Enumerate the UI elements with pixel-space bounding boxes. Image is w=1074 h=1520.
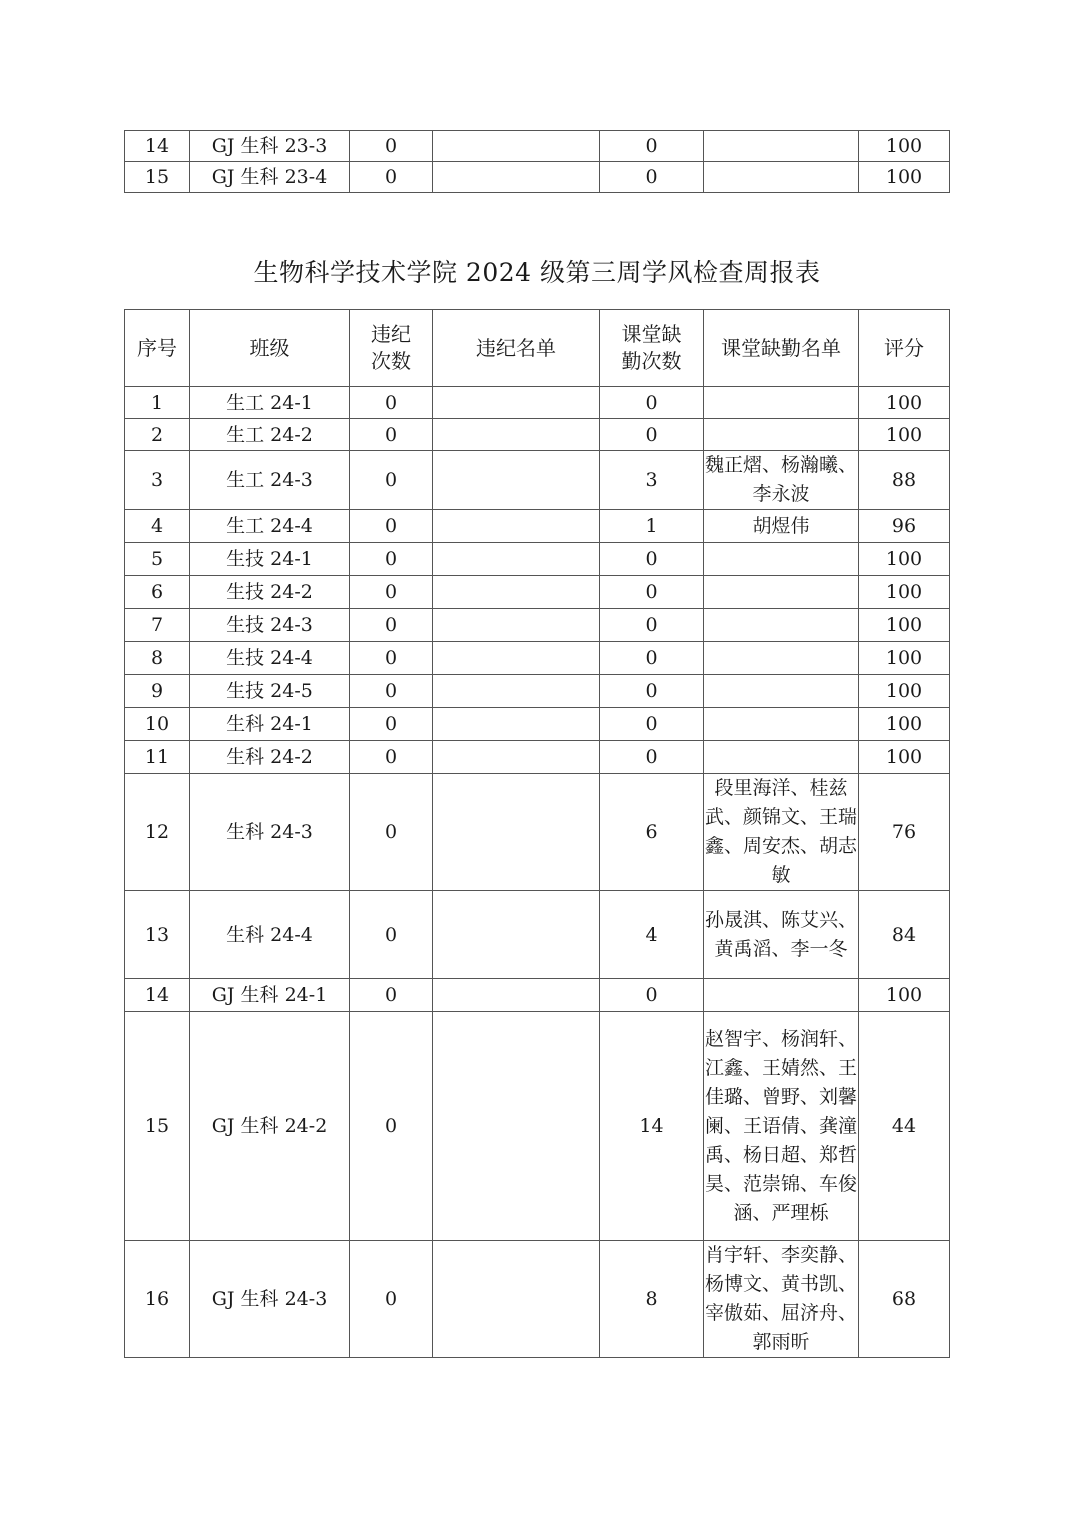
cell-violation-names [433,1241,600,1358]
cell-absences: 3 [600,451,704,510]
cell-violations: 0 [350,675,433,708]
cell-index: 6 [125,576,190,609]
header-violations-label: 违纪次数 [371,322,411,373]
cell-class: 生工 24-4 [190,510,350,543]
cell-index: 14 [125,131,190,162]
cell-class: 生技 24-5 [190,675,350,708]
cell-absence-names [704,419,859,451]
table-row: 14 GJ 生科 23-3 0 0 100 [125,131,950,162]
cell-violations: 0 [350,162,433,193]
table-row: 15 GJ 生科 23-4 0 0 100 [125,162,950,193]
cell-violations: 0 [350,708,433,741]
table-row: 1生工 24-100100 [125,387,950,419]
cell-index: 5 [125,543,190,576]
cell-absences: 0 [600,419,704,451]
cell-violations: 0 [350,387,433,419]
cell-index: 11 [125,741,190,774]
cell-absences: 0 [600,708,704,741]
cell-score: 100 [859,675,950,708]
cell-violations: 0 [350,1012,433,1241]
table-row: 9生技 24-500100 [125,675,950,708]
header-absences-label: 课堂缺勤次数 [622,322,682,373]
cell-violation-names [433,419,600,451]
table-row: 4生工 24-401胡煜伟96 [125,510,950,543]
cell-violation-names [433,774,600,891]
cell-class: GJ 生科 23-4 [190,162,350,193]
cell-violation-names [433,131,600,162]
cell-violations: 0 [350,451,433,510]
cell-violations: 0 [350,1241,433,1358]
header-violation-names: 违纪名单 [433,310,600,387]
cell-index: 4 [125,510,190,543]
cell-score: 100 [859,162,950,193]
cell-class: 生工 24-3 [190,451,350,510]
cell-score: 100 [859,419,950,451]
cell-violations: 0 [350,774,433,891]
cell-absence-names: 魏正熠、杨瀚曦、李永波 [704,451,859,510]
cell-class: 生工 24-1 [190,387,350,419]
cell-index: 3 [125,451,190,510]
header-absence-names: 课堂缺勤名单 [704,310,859,387]
cell-violation-names [433,162,600,193]
header-class: 班级 [190,310,350,387]
cell-violation-names [433,642,600,675]
cell-absence-names: 肖宇轩、李奕静、杨博文、黄书凯、宰傲茹、屈济舟、郭雨昕 [704,1241,859,1358]
cell-violation-names [433,543,600,576]
cell-violation-names [433,451,600,510]
cell-violations: 0 [350,576,433,609]
table-row: 5生技 24-100100 [125,543,950,576]
cell-absence-names [704,543,859,576]
cell-index: 2 [125,419,190,451]
table-row: 11生科 24-200100 [125,741,950,774]
cell-absences: 0 [600,609,704,642]
cell-class: GJ 生科 24-3 [190,1241,350,1358]
cell-absences: 0 [600,675,704,708]
cell-absences: 14 [600,1012,704,1241]
table-row: 2生工 24-200100 [125,419,950,451]
cell-score: 100 [859,642,950,675]
cell-violations: 0 [350,979,433,1012]
cell-index: 15 [125,162,190,193]
cell-absence-names [704,741,859,774]
cell-score: 88 [859,451,950,510]
cell-absences: 0 [600,131,704,162]
cell-class: 生工 24-2 [190,419,350,451]
table-row: 16GJ 生科 24-308肖宇轩、李奕静、杨博文、黄书凯、宰傲茹、屈济舟、郭雨… [125,1241,950,1358]
cell-absences: 0 [600,162,704,193]
cell-index: 9 [125,675,190,708]
cell-violation-names [433,891,600,979]
weekly-report-table: 序号 班级 违纪次数 违纪名单 课堂缺勤次数 课堂缺勤名单 评分 1生工 24-… [124,309,950,1358]
cell-index: 16 [125,1241,190,1358]
cell-violations: 0 [350,642,433,675]
cell-absences: 0 [600,543,704,576]
table-row: 12生科 24-306段里海洋、桂兹武、颜锦文、王瑞鑫、周安杰、胡志敏76 [125,774,950,891]
cell-score: 100 [859,609,950,642]
cell-absences: 6 [600,774,704,891]
header-score: 评分 [859,310,950,387]
table-row: 15GJ 生科 24-2014赵智宇、杨润轩、江鑫、王婧然、王佳璐、曾野、刘馨阑… [125,1012,950,1241]
cell-absence-names: 赵智宇、杨润轩、江鑫、王婧然、王佳璐、曾野、刘馨阑、王语倩、龚潼禹、杨日超、郑哲… [704,1012,859,1241]
cell-absence-names [704,708,859,741]
cell-score: 96 [859,510,950,543]
cell-absence-names [704,979,859,1012]
cell-violations: 0 [350,891,433,979]
cell-class: 生科 24-2 [190,741,350,774]
cell-violations: 0 [350,543,433,576]
cell-class: 生科 24-3 [190,774,350,891]
cell-violation-names [433,576,600,609]
table-row: 7生技 24-300100 [125,609,950,642]
table-row: 14GJ 生科 24-100100 [125,979,950,1012]
cell-absence-names [704,576,859,609]
cell-violations: 0 [350,131,433,162]
cell-index: 14 [125,979,190,1012]
cell-absence-names [704,131,859,162]
header-absences: 课堂缺勤次数 [600,310,704,387]
cell-absences: 0 [600,741,704,774]
cell-index: 13 [125,891,190,979]
table-row: 13生科 24-404孙晟淇、陈艾兴、黄禹滔、李一冬84 [125,891,950,979]
cell-class: 生技 24-1 [190,543,350,576]
cell-violations: 0 [350,741,433,774]
report-title: 生物科学技术学院 2024 级第三周学风检查周报表 [0,254,1074,292]
cell-class: GJ 生科 23-3 [190,131,350,162]
cell-violation-names [433,708,600,741]
cell-absences: 4 [600,891,704,979]
cell-score: 100 [859,741,950,774]
previous-report-table: 14 GJ 生科 23-3 0 0 100 15 GJ 生科 23-4 0 0 … [124,130,950,193]
cell-score: 100 [859,387,950,419]
header-index: 序号 [125,310,190,387]
cell-score: 100 [859,708,950,741]
cell-violation-names [433,979,600,1012]
cell-absences: 1 [600,510,704,543]
cell-index: 1 [125,387,190,419]
cell-index: 12 [125,774,190,891]
cell-index: 10 [125,708,190,741]
cell-score: 100 [859,543,950,576]
cell-violation-names [433,1012,600,1241]
cell-violations: 0 [350,609,433,642]
cell-absence-names: 胡煜伟 [704,510,859,543]
cell-score: 44 [859,1012,950,1241]
cell-absences: 0 [600,979,704,1012]
cell-absences: 0 [600,642,704,675]
cell-class: GJ 生科 24-1 [190,979,350,1012]
table-row: 3生工 24-303魏正熠、杨瀚曦、李永波88 [125,451,950,510]
cell-violation-names [433,609,600,642]
cell-score: 100 [859,979,950,1012]
cell-violations: 0 [350,510,433,543]
cell-class: GJ 生科 24-2 [190,1012,350,1241]
cell-score: 68 [859,1241,950,1358]
cell-index: 7 [125,609,190,642]
cell-index: 15 [125,1012,190,1241]
cell-violations: 0 [350,419,433,451]
cell-score: 100 [859,131,950,162]
table-header-row: 序号 班级 违纪次数 违纪名单 课堂缺勤次数 课堂缺勤名单 评分 [125,310,950,387]
cell-class: 生技 24-2 [190,576,350,609]
cell-violation-names [433,387,600,419]
cell-violation-names [433,741,600,774]
cell-score: 84 [859,891,950,979]
cell-absence-names: 段里海洋、桂兹武、颜锦文、王瑞鑫、周安杰、胡志敏 [704,774,859,891]
cell-class: 生科 24-1 [190,708,350,741]
header-violations: 违纪次数 [350,310,433,387]
cell-class: 生技 24-4 [190,642,350,675]
cell-violation-names [433,510,600,543]
cell-absence-names [704,162,859,193]
cell-absences: 0 [600,576,704,609]
table-row: 10生科 24-100100 [125,708,950,741]
table-row: 6生技 24-200100 [125,576,950,609]
table-row: 8生技 24-400100 [125,642,950,675]
cell-score: 76 [859,774,950,891]
cell-absence-names [704,675,859,708]
cell-class: 生技 24-3 [190,609,350,642]
cell-absences: 0 [600,387,704,419]
cell-absence-names [704,387,859,419]
cell-violation-names [433,675,600,708]
cell-absence-names: 孙晟淇、陈艾兴、黄禹滔、李一冬 [704,891,859,979]
cell-score: 100 [859,576,950,609]
cell-index: 8 [125,642,190,675]
cell-absence-names [704,642,859,675]
cell-absences: 8 [600,1241,704,1358]
cell-absence-names [704,609,859,642]
cell-class: 生科 24-4 [190,891,350,979]
